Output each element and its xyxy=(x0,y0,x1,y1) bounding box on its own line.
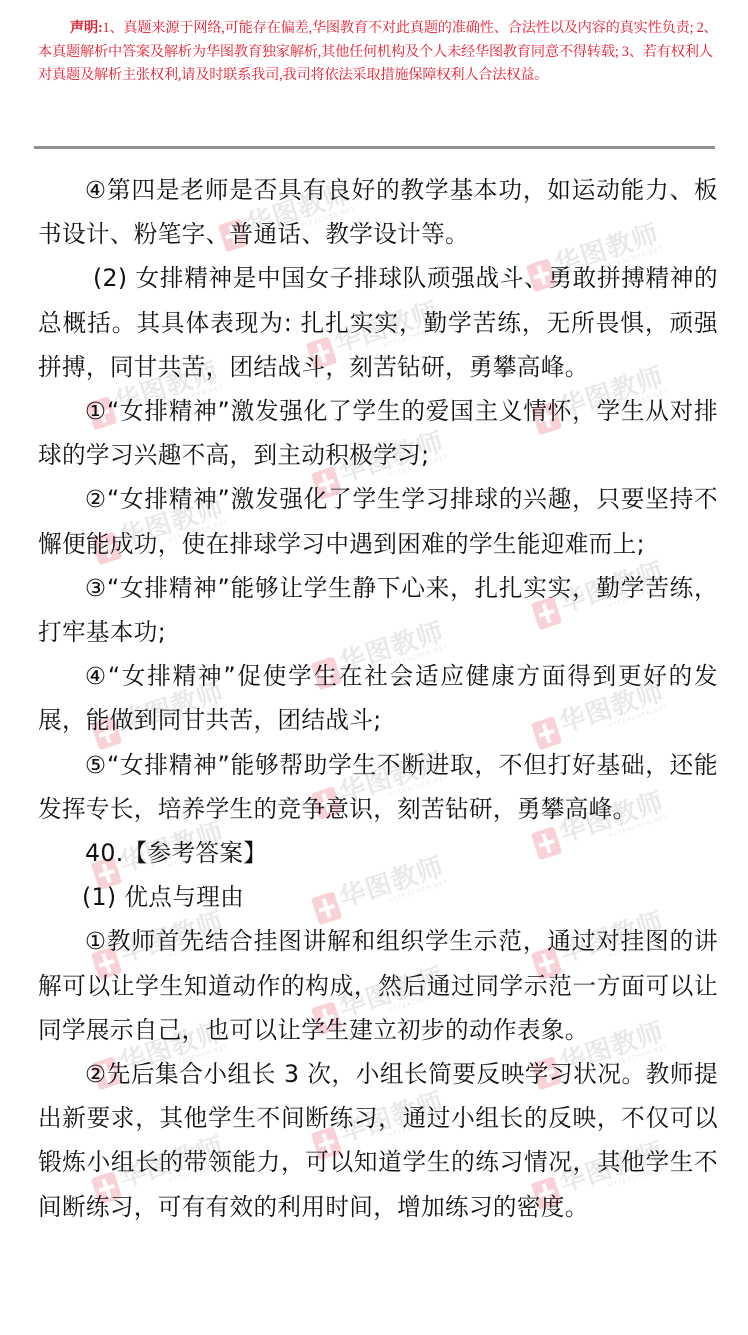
list-item-spirit-1: ①“女排精神”激发强化了学生的爱国主义情怀，学生从对排球的学习兴趣不高，到主动积… xyxy=(38,389,718,477)
list-item-advantage-2: ②先后集合小组长 3 次，小组长简要反映学习状况。教师提出新要求，其他学生不间断… xyxy=(38,1052,718,1229)
list-item-spirit-5: ⑤“女排精神”能够帮助学生不断进取，不但打好基础，还能发挥专长，培养学生的竞争意… xyxy=(38,743,718,831)
subheading-advantages: (1) 优点与理由 xyxy=(38,875,718,919)
list-item-spirit-4: ④“女排精神”促使学生在社会适应健康方面得到更好的发展，能做到同甘共苦，团结战斗… xyxy=(38,654,718,742)
disclaimer-label: 声明: xyxy=(70,20,103,36)
answer-body: ④第四是老师是否具有良好的教学基本功，如运动能力、板书设计、粉笔字、普通话、教学… xyxy=(38,168,718,1229)
list-item-spirit-2: ②“女排精神”激发强化了学生学习排球的兴趣，只要坚持不懈便能成功，使在排球学习中… xyxy=(38,477,718,565)
question-40-heading: 40.【参考答案】 xyxy=(38,831,718,875)
disclaimer-text: 1、真题来源于网络,可能存在偏差,华图教育不对此真题的准确性、合法性以及内容的真… xyxy=(38,20,718,83)
list-item-advantage-1: ①教师首先结合挂图讲解和组织学生示范，通过对挂图的讲解可以让学生知道动作的构成，… xyxy=(38,919,718,1052)
header-divider xyxy=(34,146,715,149)
disclaimer: 声明:1、真题来源于网络,可能存在偏差,华图教育不对此真题的准确性、合法性以及内… xyxy=(38,17,718,88)
document-page: 声明:1、真题来源于网络,可能存在偏差,华图教育不对此真题的准确性、合法性以及内… xyxy=(0,0,748,1335)
paragraph-volleyball-spirit-definition: (2) 女排精神是中国女子排球队顽强战斗、勇敢拼搏精神的总概括。其具体表现为: … xyxy=(38,256,718,389)
list-item-spirit-3: ③“女排精神”能够让学生静下心来，扎扎实实，勤学苦练，打牢基本功; xyxy=(38,566,718,654)
paragraph-teaching-basics: ④第四是老师是否具有良好的教学基本功，如运动能力、板书设计、粉笔字、普通话、教学… xyxy=(38,168,718,256)
